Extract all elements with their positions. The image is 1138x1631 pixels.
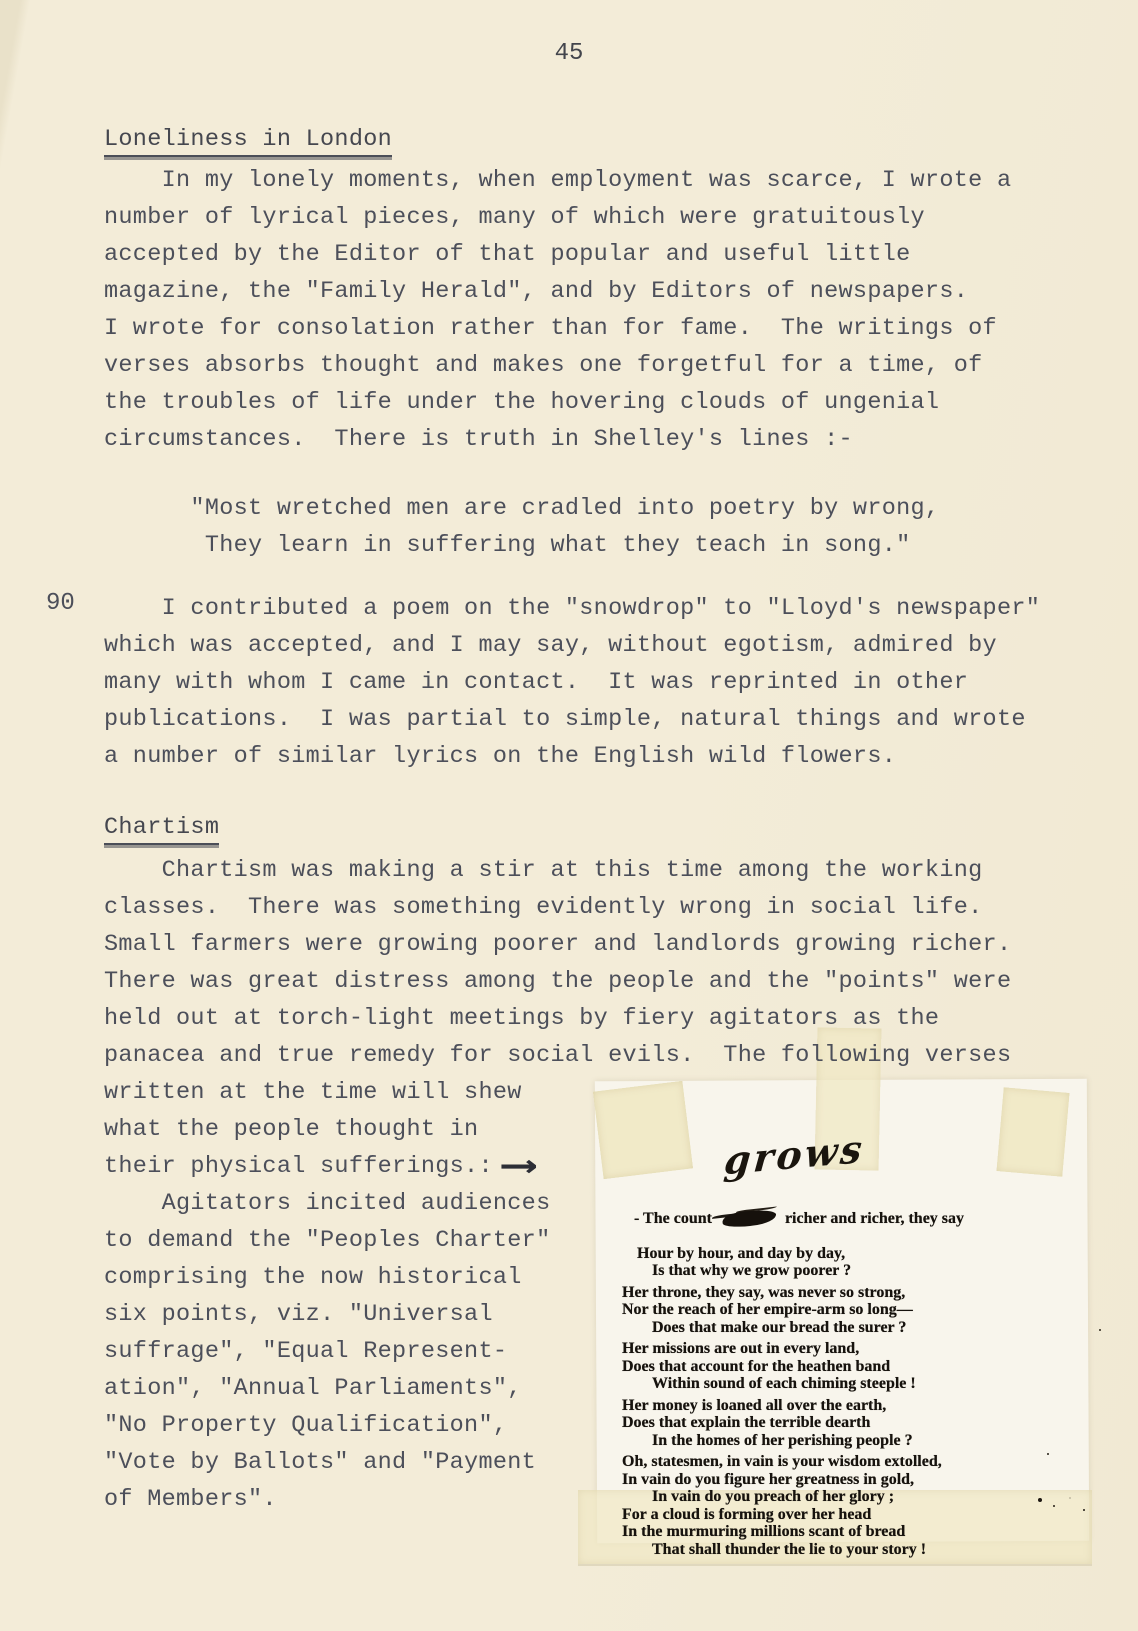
clipping-line: Is that why we grow poorer ? <box>652 1262 1072 1280</box>
clipping-line: Her money is loaned all over the earth, <box>622 1397 1072 1415</box>
clipping-line: Within sound of each chiming steeple ! <box>652 1375 1072 1393</box>
heading-text: Loneliness in London <box>104 126 392 157</box>
clipping-line: Does that explain the terrible dearth <box>622 1414 1072 1432</box>
heading-text: Chartism <box>104 814 219 845</box>
clipping-line: In vain do you preach of her glory ; <box>652 1488 1072 1506</box>
text-line: "No Property Qualification", <box>104 1407 550 1444</box>
clipping-line: Does that make our bread the surer ? <box>652 1319 1072 1337</box>
clipping-line: For a cloud is forming over her head <box>622 1506 1072 1524</box>
text-line: Chartism was making a stir at this time … <box>104 852 1011 889</box>
text-line: written at the time will shew <box>104 1074 522 1111</box>
text-line: a number of similar lyrics on the Englis… <box>104 738 1040 775</box>
margin-note-90: 90 <box>46 590 75 617</box>
arrow-right-icon: ⟶ <box>504 1142 534 1189</box>
clipping-line: Hour by hour, and day by day, <box>637 1245 1072 1263</box>
paragraph-chartism: Chartism was making a stir at this time … <box>104 852 1011 1074</box>
tape-patch-top-left <box>593 1081 693 1179</box>
text-line: of Members". <box>104 1481 550 1518</box>
text-line: what the people thought in <box>104 1111 522 1148</box>
text-line: ation", "Annual Parliaments", <box>104 1370 550 1407</box>
clipping-line: In the homes of her perishing people ? <box>652 1432 1072 1450</box>
text-line: There was great distress among the peopl… <box>104 963 1011 1000</box>
paragraph-loneliness: In my lonely moments, when employment wa… <box>104 162 1011 458</box>
text-line: accepted by the Editor of that popular a… <box>104 236 1011 273</box>
clipping-line: In the murmuring millions scant of bread <box>622 1523 1072 1541</box>
text-line: Agitators incited audiences <box>104 1185 550 1222</box>
ink-specks <box>1038 1498 1042 1502</box>
text-line: comprising the now historical <box>104 1259 550 1296</box>
text-line: Small farmers were growing poorer and la… <box>104 926 1011 963</box>
clipping-line: Nor the reach of her empire-arm so long— <box>622 1301 1072 1319</box>
text-line: panacea and true remedy for social evils… <box>104 1037 1011 1074</box>
text-line: I wrote for consolation rather than for … <box>104 310 1011 347</box>
text-line: number of lyrical pieces, many of which … <box>104 199 1011 236</box>
clipping-line: Oh, statesmen, in vain is your wisdom ex… <box>622 1453 1072 1471</box>
text-line: "Vote by Ballots" and "Payment <box>104 1444 550 1481</box>
clipping-line-smudged: - The countricher and richer, they say <box>610 1190 1072 1245</box>
text-line: In my lonely moments, when employment wa… <box>104 162 1011 199</box>
clipping-line: Her missions are out in every land, <box>622 1340 1072 1358</box>
quote-line: They learn in suffering what they teach … <box>104 527 939 564</box>
text-line: to demand the "Peoples Charter" <box>104 1222 550 1259</box>
text-line: the troubles of life under the hovering … <box>104 384 1011 421</box>
shelley-quote: "Most wretched men are cradled into poet… <box>104 490 939 564</box>
clipping-line: In vain do you figure her greatness in g… <box>622 1471 1072 1489</box>
page-number: 45 <box>0 40 1138 67</box>
clipping-poem: - The countricher and richer, they say H… <box>622 1190 1072 1558</box>
text-line: which was accepted, and I may say, witho… <box>104 627 1040 664</box>
ink-blot <box>722 1208 777 1229</box>
clipping-line: That shall thunder the lie to your story… <box>652 1541 1072 1559</box>
paragraph-chartism-narrow: written at the time will shewwhat the pe… <box>104 1074 522 1185</box>
clipping-line: Does that account for the heathen band <box>622 1358 1072 1376</box>
paragraph-agitators: Agitators incited audiencesto demand the… <box>104 1185 550 1518</box>
clipping-line1-prefix: - The count <box>634 1210 712 1227</box>
tape-patch-top-right <box>996 1087 1069 1176</box>
text-line: six points, viz. "Universal <box>104 1296 550 1333</box>
clipping-line1-suffix: richer and richer, they say <box>785 1210 964 1227</box>
text-line: classes. There was something evidently w… <box>104 889 1011 926</box>
text-line: I contributed a poem on the "snowdrop" t… <box>104 590 1040 627</box>
text-line: circumstances. There is truth in Shelley… <box>104 421 1011 458</box>
paragraph-snowdrop: I contributed a poem on the "snowdrop" t… <box>104 590 1040 775</box>
text-line: their physical sufferings.: <box>104 1148 522 1185</box>
section-heading-chartism: Chartism <box>104 814 219 845</box>
text-line: many with whom I came in contact. It was… <box>104 664 1040 701</box>
quote-line: "Most wretched men are cradled into poet… <box>104 490 939 527</box>
text-line: held out at torch-light meetings by fier… <box>104 1000 1011 1037</box>
text-line: publications. I was partial to simple, n… <box>104 701 1040 738</box>
scanned-document-page: 45 Loneliness in London In my lonely mom… <box>0 0 1138 1631</box>
section-heading-loneliness: Loneliness in London <box>104 126 392 157</box>
clipping-lines: Hour by hour, and day by day,Is that why… <box>622 1245 1072 1559</box>
clipping-line: Her throne, they say, was never so stron… <box>622 1284 1072 1302</box>
text-line: suffrage", "Equal Represent- <box>104 1333 550 1370</box>
text-line: verses absorbs thought and makes one for… <box>104 347 1011 384</box>
text-line: magazine, the "Family Herald", and by Ed… <box>104 273 1011 310</box>
